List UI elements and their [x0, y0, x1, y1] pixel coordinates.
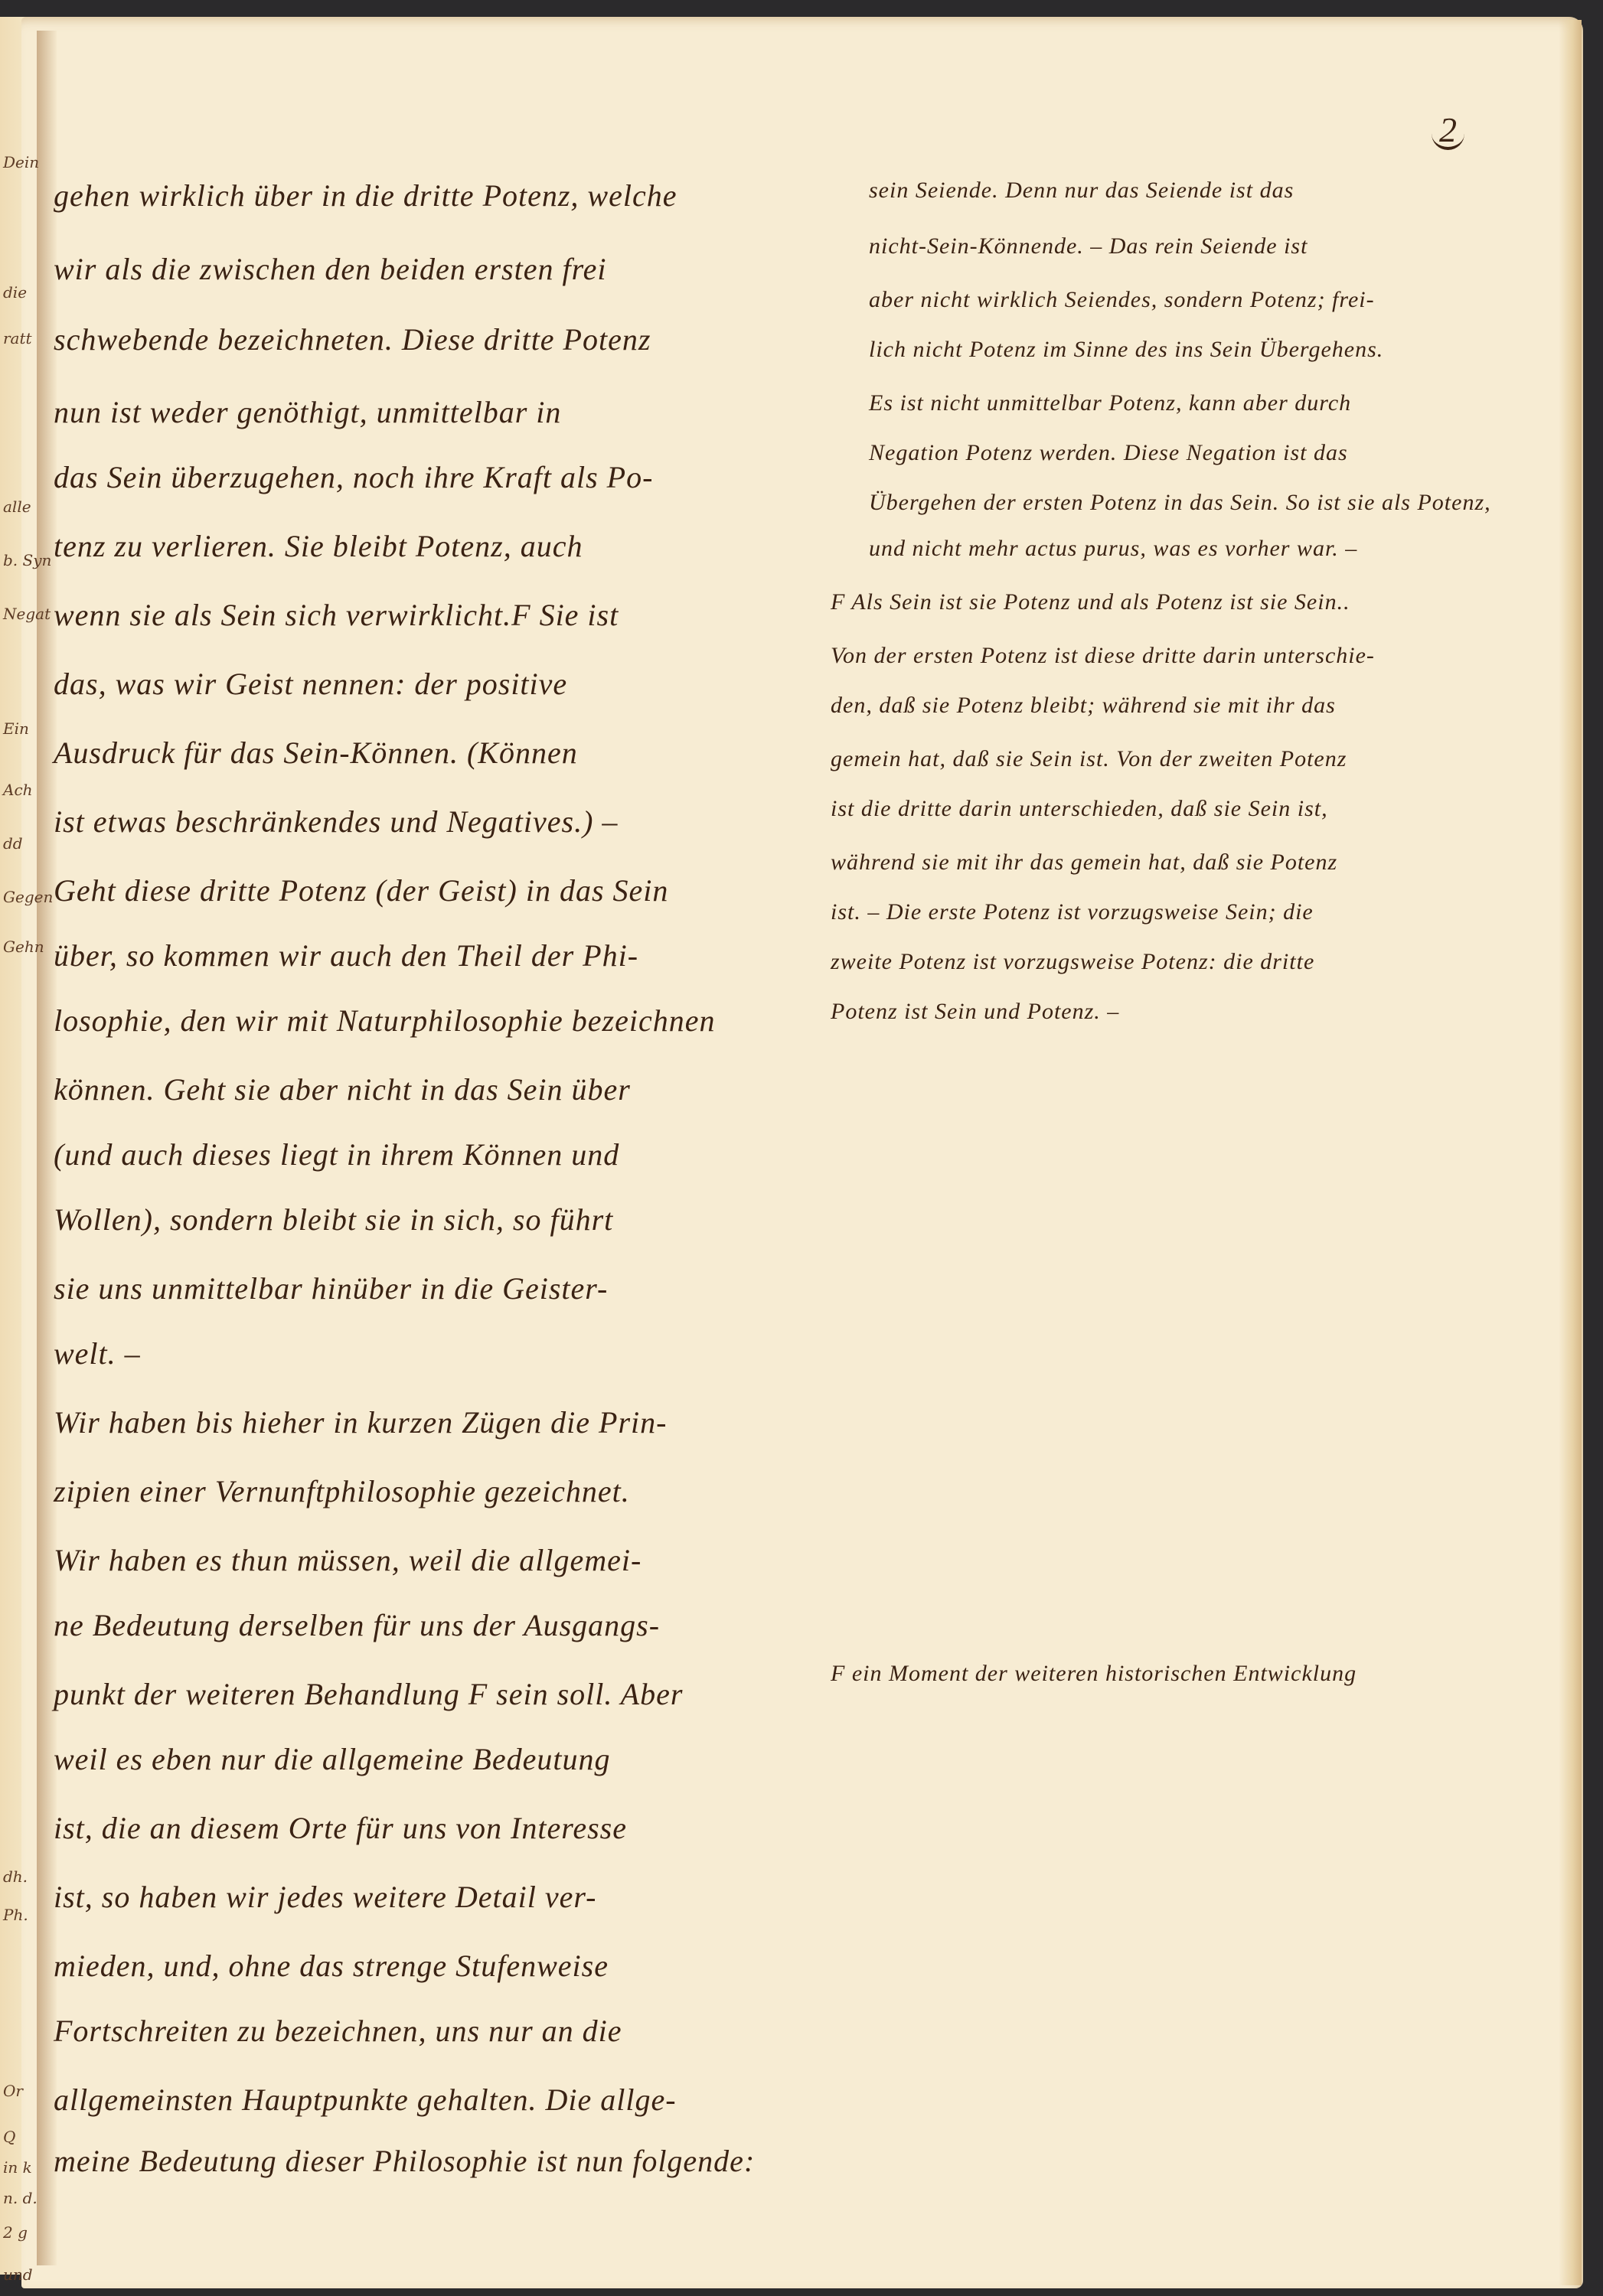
margin-note: Gehn	[3, 938, 44, 956]
manuscript-line: das Sein überzugehen, noch ihre Kraft al…	[54, 459, 653, 495]
margin-note: n. d.	[3, 2189, 38, 2207]
margin-note: 2 g	[3, 2223, 28, 2242]
manuscript-line: wenn sie als Sein sich verwirklicht.F Si…	[54, 597, 619, 633]
manuscript-line: sie uns unmittelbar hinüber in die Geist…	[54, 1270, 608, 1306]
manuscript-line: weil es eben nur die allgemeine Bedeutun…	[54, 1741, 610, 1777]
manuscript-line: können. Geht sie aber nicht in das Sein …	[54, 1071, 631, 1107]
manuscript-line: ist, so haben wir jedes weitere Detail v…	[54, 1879, 596, 1915]
manuscript-line: zipien einer Vernunftphilosophie gezeich…	[54, 1473, 630, 1509]
margin-note: und	[3, 2265, 33, 2284]
manuscript-line: lich nicht Potenz im Sinne des ins Sein …	[869, 337, 1383, 363]
margin-note: b. Syn	[3, 551, 51, 569]
footnote-line: Potenz ist Sein und Potenz. –	[831, 999, 1119, 1025]
margin-note: in k	[3, 2158, 32, 2177]
footnote-line: gemein hat, daß sie Sein ist. Von der zw…	[831, 746, 1347, 772]
manuscript-line: das, was wir Geist nennen: der positive	[54, 666, 567, 702]
manuscript-line: und nicht mehr actus purus, was es vorhe…	[869, 536, 1357, 562]
margin-note: Gegen	[3, 888, 53, 906]
footnote-line: während sie mit ihr das gemein hat, daß …	[831, 850, 1337, 876]
manuscript-line: tenz zu verlieren. Sie bleibt Potenz, au…	[54, 528, 583, 564]
manuscript-line: schwebende bezeichneten. Diese dritte Po…	[54, 321, 651, 357]
manuscript-line: Fortschreiten zu bezeichnen, uns nur an …	[54, 2013, 622, 2049]
manuscript-line: gehen wirklich über in die dritte Potenz…	[54, 178, 677, 214]
manuscript-line: Übergehen der ersten Potenz in das Sein.…	[869, 490, 1491, 516]
manuscript-line: Geht diese dritte Potenz (der Geist) in …	[54, 872, 668, 908]
manuscript-line: Wollen), sondern bleibt sie in sich, so …	[54, 1202, 613, 1238]
manuscript-line: nicht-Sein-Könnende. – Das rein Seiende …	[869, 233, 1308, 259]
manuscript-line: wir als die zwischen den beiden ersten f…	[54, 251, 607, 287]
folio-number: 2	[1432, 115, 1464, 150]
manuscript-line: meine Bedeutung dieser Philosophie ist n…	[54, 2143, 755, 2179]
manuscript-line: aber nicht wirklich Seiendes, sondern Po…	[869, 287, 1375, 313]
margin-note: die	[3, 283, 27, 302]
manuscript-line: über, so kommen wir auch den Theil der P…	[54, 938, 638, 974]
margin-note: Or	[3, 2082, 23, 2100]
manuscript-line: losophie, den wir mit Naturphilosophie b…	[54, 1003, 716, 1039]
margin-note: dh.	[3, 1867, 28, 1886]
margin-note: Negat	[3, 605, 51, 623]
footnote-line: den, daß sie Potenz bleibt; während sie …	[831, 693, 1336, 719]
manuscript-line: Es ist nicht unmittelbar Potenz, kann ab…	[869, 390, 1351, 416]
manuscript-line: ne Bedeutung derselben für uns der Ausga…	[54, 1607, 660, 1643]
footnote-line: Von der ersten Potenz ist diese dritte d…	[831, 643, 1375, 669]
margin-note: ratt	[3, 329, 32, 347]
manuscript-line: sein Seiende. Denn nur das Seiende ist d…	[869, 178, 1294, 204]
footnote-line: F ein Moment der weiteren historischen E…	[831, 1661, 1357, 1687]
manuscript-line: Negation Potenz werden. Diese Negation i…	[869, 440, 1348, 466]
manuscript-line: ist, die an diesem Orte für uns von Inte…	[54, 1810, 627, 1846]
manuscript-line: Wir haben es thun müssen, weil die allge…	[54, 1542, 642, 1578]
margin-note: alle	[3, 497, 31, 516]
margin-note: Ph.	[3, 1906, 28, 1924]
footnote-line: ist die dritte darin unterschieden, daß …	[831, 796, 1328, 822]
manuscript-line: allgemeinsten Hauptpunkte gehalten. Die …	[54, 2082, 677, 2118]
manuscript-line: (und auch dieses liegt in ihrem Können u…	[54, 1137, 619, 1172]
manuscript-line: Ausdruck für das Sein-Können. (Können	[54, 735, 578, 771]
footnote-line: zweite Potenz ist vorzugsweise Potenz: d…	[831, 949, 1314, 975]
manuscript-line: mieden, und, ohne das strenge Stufenweis…	[54, 1948, 609, 1984]
manuscript-line: punkt der weiteren Behandlung F sein sol…	[54, 1676, 683, 1712]
manuscript-line: welt. –	[54, 1336, 141, 1371]
manuscript-line: nun ist weder genöthigt, unmittelbar in	[54, 394, 561, 430]
margin-note: Q	[3, 2128, 15, 2146]
margin-note: Ach	[3, 781, 33, 799]
manuscript-line: Wir haben bis hieher in kurzen Zügen die…	[54, 1404, 667, 1440]
footnote-line: F Als Sein ist sie Potenz und als Potenz…	[831, 589, 1350, 615]
footnote-line: ist. – Die erste Potenz ist vorzugsweise…	[831, 899, 1314, 925]
margin-note: Ein	[3, 719, 29, 738]
page-right-edge	[1559, 20, 1582, 2285]
manuscript-line: ist etwas beschränkendes und Negatives.)…	[54, 804, 618, 840]
margin-note: dd	[3, 834, 23, 853]
margin-note: Dein	[3, 153, 39, 171]
